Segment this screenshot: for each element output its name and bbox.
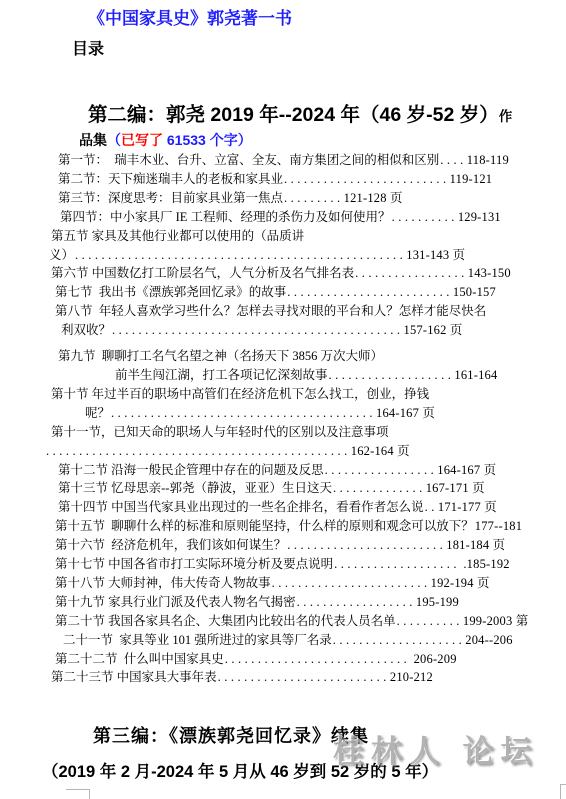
toc-entry-text: 第七节 我出书《漂族郭尧回忆录》的故事 bbox=[55, 285, 286, 299]
toc-leader-dots: ........................ bbox=[286, 538, 446, 552]
toc-entry-text: 第十五节 聊聊什么样的标准和原则能坚持，什么样的原则和观念可以放下？ bbox=[55, 519, 474, 533]
toc-leader-dots: ......... bbox=[283, 191, 344, 205]
toc-entry: 第十九节 家具行业门派及代表人物名气揭密..................19… bbox=[55, 593, 533, 612]
toc-entry-text: 第十九节 家具行业门派及代表人物名气揭密 bbox=[55, 595, 296, 609]
toc-page-range: 192-194 页 bbox=[431, 576, 490, 590]
toc-entry: 第十六节 经济危机年，我们该如何谋生？.....................… bbox=[55, 536, 533, 555]
toc-page-range: 204--206 bbox=[465, 633, 512, 647]
toc-leader-dots bbox=[429, 387, 430, 401]
toc-heading: 目录 bbox=[72, 36, 104, 59]
forum-watermark: 桂林人 论坛 bbox=[333, 726, 539, 771]
toc-entry-text: 第十一节，已知天命的职场人与年轻时代的区别以及注意事项 bbox=[51, 425, 389, 439]
toc-page-range: 118-119 bbox=[467, 153, 509, 167]
toc-entry-text: 第二十二节 什么叫中国家具史 bbox=[55, 652, 224, 666]
section2-heading-main: 第二编：郭尧 2019 年--2024 年（46 岁-52 岁） bbox=[88, 104, 499, 126]
toc-entry-text: 第六节 中国数亿打工阶层名气，人气分析及名气排名表 bbox=[51, 266, 354, 280]
toc-leader-dots: ......................... bbox=[286, 285, 453, 299]
toc-leader-dots: ........................................… bbox=[45, 444, 351, 458]
toc-entry: 义）......................................… bbox=[49, 246, 533, 265]
toc-entry: 第十节 年过半百的职场中高管们在经济危机下怎么找工，创业，挣钱 bbox=[51, 385, 533, 404]
toc-leader-dots: ........................................ bbox=[110, 406, 376, 420]
toc-entry: 第十八节 大师封神，伟大传奇人物故事......................… bbox=[55, 574, 533, 593]
toc-page-range: 210-212 bbox=[390, 670, 433, 684]
toc-entry-text: 义） bbox=[49, 248, 74, 262]
section2-heading: 第二编：郭尧 2019 年--2024 年（46 岁-52 岁）作 bbox=[88, 99, 512, 127]
toc-entry-text: 第二十节 我国各家具名企、大集团内比较出名的代表人员名单 bbox=[55, 614, 396, 628]
toc-list: 第一节： 瑞丰木业、台升、立富、全友、南方集团之间的相似和区别....118-1… bbox=[55, 151, 533, 687]
toc-page-range: 161-164 bbox=[454, 368, 497, 382]
toc-entry-text: 第十节 年过半百的职场中高管们在经济危机下怎么找工，创业，挣钱 bbox=[51, 387, 429, 401]
toc-entry: 第四节：中小家具厂 IE 工程师、经理的杀伤力及如何使用？..........1… bbox=[60, 208, 533, 227]
toc-leader-dots bbox=[486, 304, 487, 318]
toc-entry: 二十一节 家具等业 101 强所进过的家具等厂名录...............… bbox=[63, 631, 533, 650]
toc-page-range: 164-167 页 bbox=[376, 406, 435, 420]
toc-entry: 第一节： 瑞丰木业、台升、立富、全友、南方集团之间的相似和区别....118-1… bbox=[58, 151, 533, 170]
toc-entry-text: 第四节：中小家具厂 IE 工程师、经理的杀伤力及如何使用？ bbox=[60, 210, 391, 224]
toc-entry-text: 第八节 年轻人喜欢学习些什么？怎样去寻找对眼的平台和人？怎样才能尽快名 bbox=[55, 304, 486, 318]
toc-entry: 第十四节 中国当代家具业出现过的一些名企排名，看看作者怎么说..171-177 … bbox=[58, 498, 533, 517]
toc-leader-dots: ................. bbox=[354, 266, 468, 280]
toc-leader-dots: .................... bbox=[332, 633, 466, 647]
toc-entry: 第十三节 忆母思亲--郭尧（静波，亚亚）生日这天..............16… bbox=[58, 479, 533, 498]
toc-entry: 第十二节 沿海一般民企管理中存在的问题及反思.................1… bbox=[58, 461, 533, 480]
toc-leader-dots: ................... bbox=[328, 368, 455, 382]
toc-entry: 第三节：深度思考：目前家具业第一焦点.........121-128 页 bbox=[58, 189, 533, 208]
toc-entry-text: 呢？ bbox=[85, 406, 110, 420]
toc-leader-dots: .......... bbox=[391, 210, 458, 224]
toc-page-range: 162-164 页 bbox=[351, 444, 410, 458]
margin-corner-mark-bottom-right bbox=[560, 784, 561, 799]
toc-entry-text: 第一节： 瑞丰木业、台升、立富、全友、南方集团之间的相似和区别 bbox=[58, 153, 439, 167]
toc-entry-text: 二十一节 家具等业 101 强所进过的家具等厂名录 bbox=[63, 633, 332, 647]
toc-page-range: 181-184 页 bbox=[446, 538, 505, 552]
toc-entry: 第九节 聊聊打工名气名望之神（名扬天下 3856 万次大师） bbox=[58, 347, 533, 366]
book-title: 《中国家具史》郭尧著一书 bbox=[88, 4, 292, 29]
section2-subheading-black: 品集 bbox=[79, 132, 107, 148]
toc-entry-text: 第十三节 忆母思亲--郭尧（静波，亚亚）生日这天 bbox=[58, 481, 332, 495]
section2-word-count-red: 已写了 bbox=[121, 132, 163, 148]
toc-page-range: 171-177 页 bbox=[438, 500, 497, 514]
toc-entry: 前半生闯江湖，打工各项记忆深刻故事...................161-… bbox=[115, 366, 533, 385]
toc-entry: 第十五节 聊聊什么样的标准和原则能坚持，什么样的原则和观念可以放下？177--1… bbox=[55, 517, 533, 536]
toc-entry: 第七节 我出书《漂族郭尧回忆录》的故事.....................… bbox=[55, 283, 533, 302]
toc-leader-dots: ................. bbox=[324, 463, 438, 477]
toc-entry: 第十一节，已知天命的职场人与年轻时代的区别以及注意事项 bbox=[51, 423, 533, 442]
toc-entry: 第二十二节 什么叫中国家具史..........................… bbox=[55, 650, 533, 669]
toc-entry: 第二节：天下痴迷瑞丰人的老板和家具业......................… bbox=[58, 170, 533, 189]
toc-leader-dots: .. bbox=[424, 500, 438, 514]
toc-page-range: 157-162 页 bbox=[404, 323, 463, 337]
toc-leader-dots bbox=[304, 229, 305, 243]
toc-entry: ........................................… bbox=[45, 442, 533, 461]
toc-leader-dots: .......... bbox=[396, 614, 463, 628]
toc-page-range: 167-171 页 bbox=[426, 481, 485, 495]
toc-entry-text: 前半生闯江湖，打工各项记忆深刻故事 bbox=[115, 368, 328, 382]
toc-entry-text: 第三节：深度思考：目前家具业第一焦点 bbox=[58, 191, 283, 205]
toc-leader-dots: .... bbox=[439, 153, 467, 167]
toc-page-range: 177--181 bbox=[475, 519, 522, 533]
toc-page-range: 164-167 页 bbox=[437, 463, 496, 477]
toc-entry-text: 第十二节 沿海一般民企管理中存在的问题及反思 bbox=[58, 463, 324, 477]
toc-entry: 第八节 年轻人喜欢学习些什么？怎样去寻找对眼的平台和人？怎样才能尽快名 bbox=[55, 302, 533, 321]
toc-entry: 第十七节 中国各省市打工实际环境分析及要点说明.................… bbox=[55, 555, 533, 574]
toc-entry: 呢？......................................… bbox=[85, 404, 533, 423]
toc-entry: 第二十节 我国各家具名企、大集团内比较出名的代表人员名单..........19… bbox=[55, 612, 533, 631]
toc-page-range: 121-128 页 bbox=[344, 191, 403, 205]
toc-leader-dots: ............................ bbox=[224, 652, 411, 666]
section2-heading-suffix: 作 bbox=[499, 109, 513, 124]
toc-leader-dots: .............. bbox=[332, 481, 426, 495]
toc-entry-text: 第十四节 中国当代家具业出现过的一些名企排名，看看作者怎么说 bbox=[58, 500, 424, 514]
toc-entry-text: 第九节 聊聊打工名气名望之神（名扬天下 3856 万次大师） bbox=[58, 349, 383, 363]
toc-page-range: 199-2003 第 bbox=[463, 614, 529, 628]
section2-subheading: 品集（已写了 61533 个字） bbox=[79, 130, 252, 150]
toc-entry: 利双收？....................................… bbox=[61, 321, 533, 340]
toc-entry-text: 第二节：天下痴迷瑞丰人的老板和家具业 bbox=[58, 172, 283, 186]
toc-page-range: 206-209 bbox=[410, 652, 456, 666]
toc-entry: 第五节 家具及其他行业都可以使用的（品质讲 bbox=[51, 227, 533, 246]
toc-entry: 第二十三节 中国家具大事年表..........................… bbox=[51, 668, 533, 687]
toc-entry-text: 第五节 家具及其他行业都可以使用的（品质讲 bbox=[51, 229, 304, 243]
toc-leader-dots: .......................... bbox=[217, 670, 390, 684]
section2-word-count-paren: （ bbox=[107, 132, 121, 148]
toc-page-range: 150-157 bbox=[453, 285, 496, 299]
toc-page-range: .185-192 bbox=[460, 557, 510, 571]
section3-heading: 第三编：《漂族郭尧回忆录》续集 bbox=[93, 722, 369, 748]
toc-page-range: 119-121 bbox=[450, 172, 493, 186]
toc-leader-dots: ........................................… bbox=[111, 323, 404, 337]
toc-leader-dots bbox=[383, 349, 384, 363]
toc-entry-text: 第十八节 大师封神，伟大传奇人物故事 bbox=[55, 576, 271, 590]
toc-leader-dots: .................. bbox=[296, 595, 416, 609]
toc-page-range: 131-143 页 bbox=[406, 248, 465, 262]
toc-entry-text: 第十六节 经济危机年，我们该如何谋生？ bbox=[55, 538, 286, 552]
document-page: { "colors":{ "title_blue":"#1c1cff", "ac… bbox=[0, 0, 566, 799]
section2-word-count-blue: 61533 个字） bbox=[163, 132, 252, 148]
toc-leader-dots: ......................... bbox=[283, 172, 450, 186]
toc-page-range: 129-131 bbox=[458, 210, 501, 224]
toc-entry-text: 第十七节 中国各省市打工实际环境分析及要点说明 bbox=[55, 557, 333, 571]
toc-page-range: 195-199 bbox=[416, 595, 459, 609]
toc-leader-dots bbox=[389, 425, 390, 439]
toc-leader-dots: ........................ bbox=[271, 576, 431, 590]
toc-entry: 第六节 中国数亿打工阶层名气，人气分析及名气排名表...............… bbox=[51, 264, 533, 283]
toc-entry-text: 第二十三节 中国家具大事年表 bbox=[51, 670, 217, 684]
toc-leader-dots: ........................................… bbox=[74, 248, 406, 262]
toc-page-range: 143-150 bbox=[468, 266, 511, 280]
margin-corner-mark-bottom-left bbox=[66, 789, 90, 790]
margin-corner-mark-bottom-left bbox=[89, 789, 90, 799]
toc-leader-dots: ................... bbox=[333, 557, 460, 571]
toc-entry-text: 利双收？ bbox=[61, 323, 111, 337]
